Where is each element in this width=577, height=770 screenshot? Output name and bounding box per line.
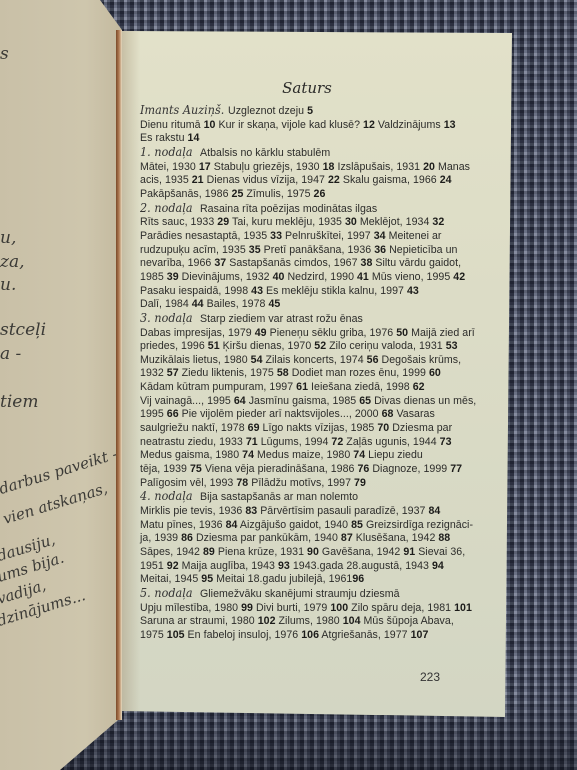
page-ref: 90 xyxy=(307,546,319,558)
page-ref: 105 xyxy=(167,629,185,641)
toc-intro-line: Imants Auziņš. Uzgleznot dzeju 5 xyxy=(140,104,466,119)
toc-line: 1932 57 Ziedu liktenis, 1975 58 Dodiet m… xyxy=(140,367,466,381)
page-ref: 66 xyxy=(167,408,179,420)
page-ref: 10 xyxy=(204,119,216,131)
left-text-fragment: tiem xyxy=(0,392,38,412)
page-ref: 33 xyxy=(270,230,282,242)
page-ref: 106 xyxy=(301,629,319,641)
facing-page-left: s u, za, u. stceļi a - tiem darbus pavei… xyxy=(0,0,122,770)
toc-line: Dabas impresijas, 1979 49 Pieneņu sēklu … xyxy=(140,327,466,341)
page-ref: 84 xyxy=(226,519,238,531)
page-ref: 92 xyxy=(167,560,179,572)
page-ref: 100 xyxy=(330,602,348,614)
toc-line: Pasaku iespaidā, 1998 43 Es meklēju stik… xyxy=(140,285,466,299)
toc-line: acis, 1935 21 Dienas vidus vīzija, 1947 … xyxy=(140,174,466,188)
page-ref: 69 xyxy=(248,422,260,434)
toc-line: Kādam kūtram pumpuram, 1997 61 Ieiešana … xyxy=(140,381,466,395)
page-ref: 45 xyxy=(268,298,280,310)
toc-line: 1951 92 Maija auglība, 1943 93 1943.gada… xyxy=(140,560,466,574)
toc-line: 1975 105 En fabeloj insuloj, 1976 106 At… xyxy=(140,629,466,643)
toc-line: rudzupuķu acīm, 1935 35 Pretī panākšana,… xyxy=(140,244,466,258)
chapter-title: Rasaina rīta poēzijas modinātas ilgas xyxy=(200,203,377,215)
page-ref: 5 xyxy=(307,105,313,117)
page-ref: 85 xyxy=(351,519,363,531)
page-ref: 18 xyxy=(323,161,335,173)
chapter-heading: 5. nodaļaGliemežvāku skanējumi straumju … xyxy=(140,587,466,602)
page-ref: 104 xyxy=(343,615,361,627)
page-ref: 40 xyxy=(273,271,285,283)
toc-line: Palīgosim vēl, 1993 78 Pīlādžu motīvs, 1… xyxy=(140,477,466,491)
toc-line: neatrastu ziedu, 1933 71 Lūgums, 1994 72… xyxy=(140,436,466,450)
page-ref: 74 xyxy=(242,449,254,461)
page-ref: 26 xyxy=(314,188,326,200)
page-ref: 86 xyxy=(181,532,193,544)
toc-line: Sāpes, 1942 89 Piena krūze, 1931 90 Gavē… xyxy=(140,546,466,560)
page-ref: 60 xyxy=(429,367,441,379)
toc-line: tēja, 1939 75 Viena vēja pieradināšana, … xyxy=(140,463,466,477)
page-ref: 22 xyxy=(328,174,340,186)
page-ref: 72 xyxy=(331,436,343,448)
page-ref: 65 xyxy=(359,395,371,407)
page-ref: 70 xyxy=(377,422,389,434)
toc-line: 1985 39 Dievinājums, 1932 40 Nedzird, 19… xyxy=(140,271,466,285)
page-ref: 91 xyxy=(403,546,415,558)
page-ref: 13 xyxy=(444,119,456,131)
page-ref: 24 xyxy=(440,174,452,186)
page-curve-shadow xyxy=(122,31,140,717)
page-ref: 43 xyxy=(407,285,419,297)
page-ref: 35 xyxy=(249,244,261,256)
left-text-fragment: u. xyxy=(0,275,16,295)
toc-line: ja, 1939 86 Dziesma par pankūkām, 1940 8… xyxy=(140,532,466,546)
page-ref: 84 xyxy=(428,505,440,517)
toc-line: nevarība, 1966 37 Sastapšanās cimdos, 19… xyxy=(140,257,466,271)
page-ref: 17 xyxy=(199,161,211,173)
chapter-title: Starp ziediem var atrast rožu ēnas xyxy=(200,313,363,325)
toc-line: Muzikālais lietus, 1980 54 Zilais koncer… xyxy=(140,354,466,368)
toc-line: Parādies nesastaptā, 1935 33 Pelnruškīte… xyxy=(140,230,466,244)
chapter-title: Atbalsis no kārklu stabulēm xyxy=(200,147,330,159)
page-ref: 34 xyxy=(374,230,386,242)
page-ref: 53 xyxy=(446,340,458,352)
page-ref: 78 xyxy=(236,477,248,489)
page-ref: 37 xyxy=(214,257,226,269)
page-ref: 83 xyxy=(245,505,257,517)
page-ref: 68 xyxy=(382,408,394,420)
page-ref: 87 xyxy=(341,532,353,544)
page-number: 223 xyxy=(420,670,440,684)
page-ref: 36 xyxy=(374,244,386,256)
page-ref: 88 xyxy=(438,532,450,544)
page-ref: 99 xyxy=(241,602,253,614)
page-ref: 51 xyxy=(208,340,220,352)
book-gutter xyxy=(116,30,122,720)
left-text-fragment: stceļi xyxy=(0,320,46,340)
page-ref: 107 xyxy=(411,629,429,641)
toc-line: Es rakstu 14 xyxy=(140,132,466,146)
toc-line: Upju mīlestība, 1980 99 Divi burti, 1979… xyxy=(140,602,466,616)
page-ref: 95 xyxy=(201,573,213,585)
page-ref: 29 xyxy=(217,216,229,228)
page-ref: 102 xyxy=(258,615,276,627)
page-ref: 62 xyxy=(413,381,425,393)
toc-line: Medus gaisma, 1980 74 Medus maize, 1980 … xyxy=(140,449,466,463)
page-ref: 41 xyxy=(357,271,369,283)
toc-line: Pakāpšanās, 1986 25 Zīmulis, 1975 26 xyxy=(140,188,466,202)
page-ref: 94 xyxy=(432,560,444,572)
toc-line: saulgriežu naktī, 1978 69 Līgo nakts vīz… xyxy=(140,422,466,436)
page-ref: 56 xyxy=(367,354,379,366)
chapter-title: Gliemežvāku skanējumi straumju dziesmā xyxy=(200,588,400,600)
toc-entry: Uzgleznot dzeju 5 xyxy=(228,105,313,117)
toc-line: priedes, 1996 51 Ķiršu dienas, 1970 52 Z… xyxy=(140,340,466,354)
page-ref: 12 xyxy=(363,119,375,131)
chapter-heading: 3. nodaļaStarp ziediem var atrast rožu ē… xyxy=(140,312,466,327)
chapter-label: 1. nodaļa xyxy=(140,145,193,159)
page-ref: 43 xyxy=(251,285,263,297)
toc-line: Matu pīnes, 1936 84 Aizgājušo gaidot, 19… xyxy=(140,519,466,533)
page-ref: 89 xyxy=(203,546,215,558)
page-ref: 30 xyxy=(345,216,357,228)
chapter-label: 2. nodaļa xyxy=(140,201,193,215)
page-ref: 75 xyxy=(190,463,202,475)
page-ref: 50 xyxy=(396,327,408,339)
page-ref: 73 xyxy=(440,436,452,448)
page-ref: 44 xyxy=(192,298,204,310)
toc-line: Rīts sauc, 1933 29 Tai, kuru meklēju, 19… xyxy=(140,216,466,230)
page-ref: 96 xyxy=(352,573,364,585)
page-ref: 52 xyxy=(314,340,326,352)
toc-line: Dienu ritumā 10 Kur ir skaņa, vijole kad… xyxy=(140,119,466,133)
page-ref: 101 xyxy=(454,602,472,614)
left-text-fragment: a - xyxy=(0,344,21,364)
page-ref: 14 xyxy=(188,132,200,144)
page-ref: 39 xyxy=(167,271,179,283)
page-ref: 57 xyxy=(167,367,179,379)
page-ref: 64 xyxy=(234,395,246,407)
table-of-contents: Imants Auziņš. Uzgleznot dzeju 5Dienu ri… xyxy=(140,104,466,643)
left-text-fragment: u, xyxy=(0,228,16,248)
page-ref: 93 xyxy=(278,560,290,572)
left-text-fragment: s xyxy=(0,44,9,64)
toc-line: Dalī, 1984 44 Bailes, 1978 45 xyxy=(140,298,466,312)
page-ref: 38 xyxy=(361,257,373,269)
page-title: Saturs xyxy=(122,79,492,97)
page-ref: 71 xyxy=(246,436,258,448)
page-ref: 49 xyxy=(255,327,267,339)
page-ref: 25 xyxy=(232,188,244,200)
chapter-heading: 1. nodaļaAtbalsis no kārklu stabulēm xyxy=(140,146,466,161)
chapter-title: Bija sastapšanās ar man nolemto xyxy=(200,491,358,503)
page-ref: 20 xyxy=(423,161,435,173)
toc-line: Vij vainagā..., 1995 64 Jasmīnu gaisma, … xyxy=(140,395,466,409)
chapter-heading: 4. nodaļaBija sastapšanās ar man nolemto xyxy=(140,490,466,505)
toc-line: Meitai, 1945 95 Meitai 18.gadu jubilejā,… xyxy=(140,573,466,587)
chapter-label: 5. nodaļa xyxy=(140,586,193,600)
page-ref: 32 xyxy=(432,216,444,228)
page-ref: 54 xyxy=(251,354,263,366)
contents-page: Saturs Imants Auziņš. Uzgleznot dzeju 5D… xyxy=(122,31,512,717)
page-ref: 77 xyxy=(450,463,462,475)
toc-line: Saruna ar straumi, 1980 102 Zilums, 1980… xyxy=(140,615,466,629)
page-ref: 74 xyxy=(353,449,365,461)
page-ref: 79 xyxy=(354,477,366,489)
toc-line: Mātei, 1930 17 Stabuļu griezējs, 1930 18… xyxy=(140,161,466,175)
page-ref: 42 xyxy=(453,271,465,283)
chapter-label: 4. nodaļa xyxy=(140,489,193,503)
chapter-label: 3. nodaļa xyxy=(140,311,193,325)
chapter-heading: 2. nodaļaRasaina rīta poēzijas modinātas… xyxy=(140,202,466,217)
page-ref: 76 xyxy=(357,463,369,475)
page-ref: 58 xyxy=(277,367,289,379)
page-ref: 61 xyxy=(296,381,308,393)
toc-line: Mirklis pie tevis, 1936 83 Pārvērtīsim p… xyxy=(140,505,466,519)
author-name: Imants Auziņš. xyxy=(140,103,228,117)
page-ref: 21 xyxy=(192,174,204,186)
toc-line: 1995 66 Pie vijolēm pieder arī naktsvijo… xyxy=(140,408,466,422)
left-text-fragment: za, xyxy=(0,252,25,272)
